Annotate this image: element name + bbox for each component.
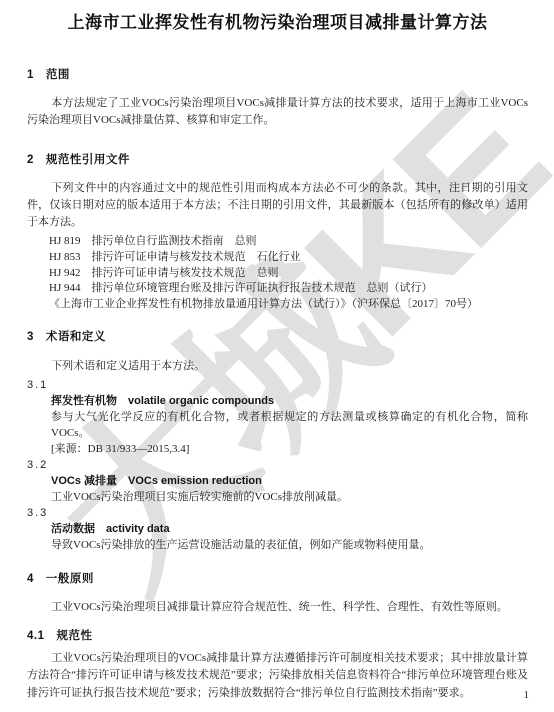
term-definition: 参与大气光化学反应的有机化合物，或者根据规定的方法测量或核算确定的有机化合物，简… [27,409,528,441]
term-item: 3.3 活动数据 activity data 导致VOCs污染排放的生产运营设施… [27,505,528,553]
subsection-normativity-paragraph: 工业VOCs污染治理项目的VOCs减排量计算方法遵循排污许可制度相关技术要求；其… [27,650,528,703]
section-general-principles: 4 一般原则 工业VOCs污染治理项目减排量计算应符合规范性、统一性、科学性、合… [27,570,528,703]
subsection-normativity-heading: 4.1 规范性 [27,627,528,643]
term-name: 活动数据 activity data [27,521,528,537]
section-scope-paragraph: 本方法规定了工业VOCs污染治理项目VOCs减排量计算方法的技术要求，适用于上海… [27,95,528,129]
section-terms-definitions: 3 术语和定义 下列术语和定义适用于本方法。 3.1 挥发性有机物 volati… [27,328,528,553]
document-content: 上海市工业挥发性有机物污染治理项目减排量计算方法 1 范围 本方法规定了工业VO… [0,0,554,702]
reference-item: HJ 819 排污单位自行监测技术指南 总则 [49,234,528,250]
term-name: VOCs 减排量 VOCs emission reduction [27,473,528,489]
reference-list: HJ 819 排污单位自行监测技术指南 总则 HJ 853 排污许可证申请与核发… [27,234,528,313]
term-name: 挥发性有机物 volatile organic compounds [27,393,528,409]
reference-item: HJ 944 排污单位环境管理台账及排污许可证执行报告技术规范 总则（试行） [49,281,528,297]
page-number: 1 [524,689,530,701]
section-normative-references: 2 规范性引用文件 下列文件中的内容通过文中的规范性引用而构成本方法必不可少的条… [27,151,528,313]
reference-item: HJ 853 排污许可证申请与核发技术规范 石化行业 [49,250,528,266]
document-page: 大城KE 上海市工业挥发性有机物污染治理项目减排量计算方法 1 范围 本方法规定… [0,0,554,712]
term-definition: 导致VOCs污染排放的生产运营设施活动量的表征值，例如产能或物料使用量。 [27,537,528,553]
reference-item: HJ 942 排污许可证申请与核发技术规范 总则 [49,266,528,282]
section-references-paragraph: 下列文件中的内容通过文中的规范性引用而构成本方法必不可少的条款。其中，注日期的引… [27,180,528,231]
reference-item: 《上海市工业企业挥发性有机物排放量通用计算方法（试行）》（沪环保总〔2017〕7… [49,297,528,313]
term-number: 3.3 [27,505,528,521]
terms-list: 3.1 挥发性有机物 volatile organic compounds 参与… [27,377,528,553]
term-number: 3.2 [27,457,528,473]
section-principles-paragraph: 工业VOCs污染治理项目减排量计算应符合规范性、统一性、科学性、合理性、有效性等… [27,599,528,616]
section-references-heading: 2 规范性引用文件 [27,151,528,167]
section-scope: 1 范围 本方法规定了工业VOCs污染治理项目VOCs减排量计算方法的技术要求，… [27,66,528,129]
term-number: 3.1 [27,377,528,393]
section-principles-heading: 4 一般原则 [27,570,528,586]
term-item: 3.1 挥发性有机物 volatile organic compounds 参与… [27,377,528,457]
section-terms-heading: 3 术语和定义 [27,328,528,344]
section-terms-intro: 下列术语和定义适用于本方法。 [27,358,528,375]
term-definition: 工业VOCs污染治理项目实施后较实施前的VOCs排放削减量。 [27,489,528,505]
term-item: 3.2 VOCs 减排量 VOCs emission reduction 工业V… [27,457,528,505]
section-scope-heading: 1 范围 [27,66,528,82]
document-title: 上海市工业挥发性有机物污染治理项目减排量计算方法 [27,6,528,33]
term-source: [来源：DB 31/933—2015,3.4] [27,441,528,457]
